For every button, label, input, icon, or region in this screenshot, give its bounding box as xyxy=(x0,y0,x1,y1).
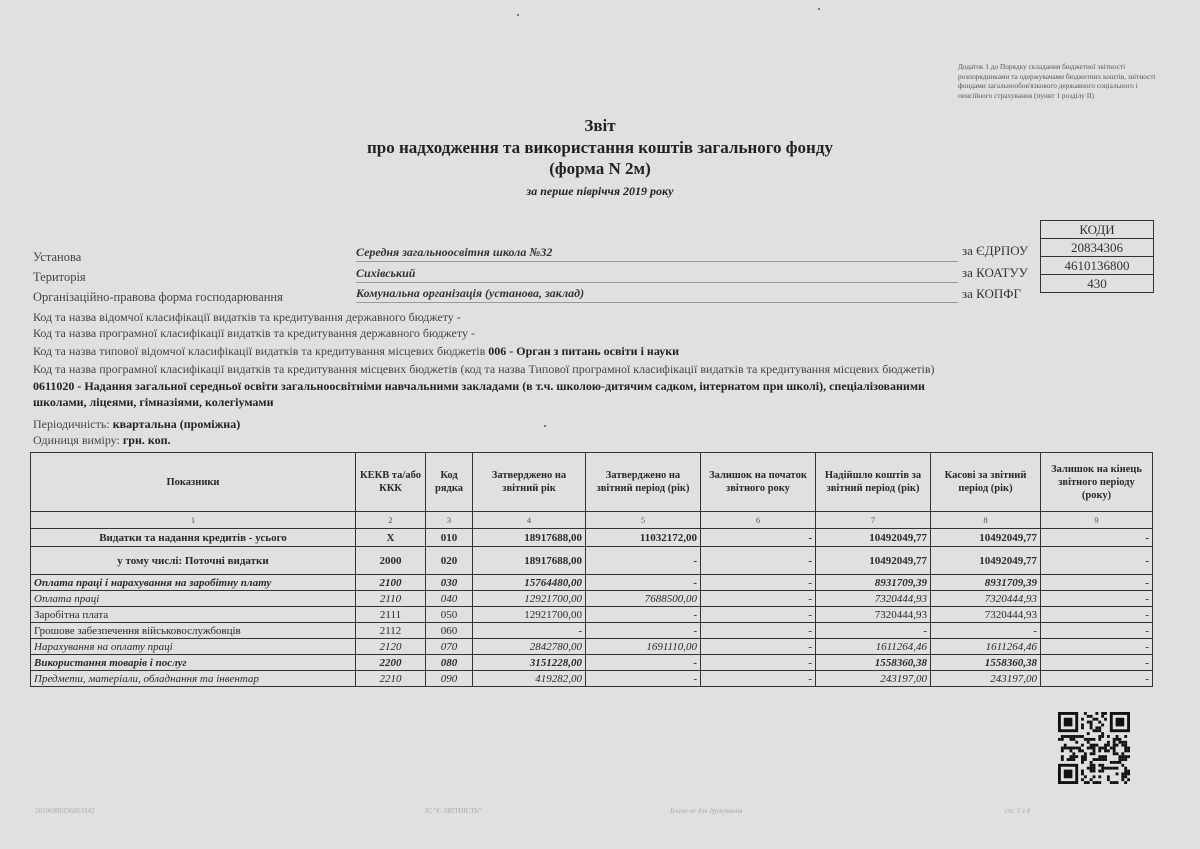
row-code: 040 xyxy=(426,591,473,607)
row-value: - xyxy=(701,623,816,639)
code-edrpou: 20834306 xyxy=(1041,239,1154,257)
row-kekv: 2111 xyxy=(356,607,426,623)
row-value: 10492049,77 xyxy=(816,529,931,547)
row-value: 7320444,93 xyxy=(816,607,931,623)
column-index: 1 xyxy=(31,512,356,529)
field-value-territory: Сихівський xyxy=(356,266,958,283)
footer-note: Бланк не для друкування xyxy=(670,807,742,815)
report-subtitle: про надходження та використання коштів з… xyxy=(0,138,1200,158)
scan-speck xyxy=(544,425,546,427)
row-value: 7320444,93 xyxy=(816,591,931,607)
scan-speck xyxy=(818,8,820,10)
code-koatuu: 4610136800 xyxy=(1041,257,1154,275)
table-row: Видатки та надання кредитів - усьогоX010… xyxy=(31,529,1153,547)
field-label-territory: Територія xyxy=(33,270,86,285)
periodicity: Періодичність: квартальна (проміжна) xyxy=(33,417,993,432)
row-value: 7320444,93 xyxy=(931,607,1041,623)
row-value: 18917688,00 xyxy=(473,547,586,575)
row-value: 12921700,00 xyxy=(473,591,586,607)
row-value: 10492049,77 xyxy=(931,529,1041,547)
table-row: Оплата праці і нарахування на заробітну … xyxy=(31,575,1153,591)
row-code: 020 xyxy=(426,547,473,575)
row-kekv: 2000 xyxy=(356,547,426,575)
row-value: 1691110,00 xyxy=(586,639,701,655)
table-row: Предмети, матеріали, обладнання та інвен… xyxy=(31,671,1153,687)
code-label-kopfg: за КОПФГ xyxy=(962,286,1021,302)
row-value: - xyxy=(586,655,701,671)
row-code: 050 xyxy=(426,607,473,623)
row-value: - xyxy=(586,575,701,591)
column-header: Затверджено на звітний рік xyxy=(473,453,586,512)
row-value: - xyxy=(701,529,816,547)
row-value: - xyxy=(701,591,816,607)
column-header: Залишок на кінець звітного періоду (року… xyxy=(1041,453,1153,512)
column-index: 5 xyxy=(586,512,701,529)
row-code: 070 xyxy=(426,639,473,655)
row-kekv: 2112 xyxy=(356,623,426,639)
table-header-row: ПоказникиКЕКВ та/або ККККод рядкаЗатверд… xyxy=(31,453,1153,512)
row-value: - xyxy=(1041,575,1153,591)
row-value: - xyxy=(701,655,816,671)
report-title: Звіт xyxy=(0,116,1200,136)
row-value: - xyxy=(1041,671,1153,687)
column-header: Касові за звітний період (рік) xyxy=(931,453,1041,512)
report-period: за перше півріччя 2019 року xyxy=(0,184,1200,199)
row-value: 8931709,39 xyxy=(931,575,1041,591)
row-value: 1611264,46 xyxy=(816,639,931,655)
table-index-row: 123456789 xyxy=(31,512,1153,529)
class-program-state: Код та назва програмної класифікації вид… xyxy=(33,326,993,341)
row-value: 243197,00 xyxy=(816,671,931,687)
row-kekv: 2200 xyxy=(356,655,426,671)
class-departmental-local-label: Код та назва типової відомчої класифікац… xyxy=(33,344,488,358)
periodicity-value: квартальна (проміжна) xyxy=(113,417,241,431)
row-value: 18917688,00 xyxy=(473,529,586,547)
field-label-institution: Установа xyxy=(33,250,81,265)
row-value: - xyxy=(1041,591,1153,607)
table-row: Оплата праці211004012921700,007688500,00… xyxy=(31,591,1153,607)
code-label-koatuu: за КОАТУУ xyxy=(962,265,1028,281)
row-value: 1611264,46 xyxy=(931,639,1041,655)
row-code: 010 xyxy=(426,529,473,547)
row-value: 1558360,38 xyxy=(931,655,1041,671)
column-index: 6 xyxy=(701,512,816,529)
footer-doc-id: 26106990196853342 xyxy=(35,807,95,815)
row-kekv: 2110 xyxy=(356,591,426,607)
row-value: - xyxy=(816,623,931,639)
row-kekv: 2120 xyxy=(356,639,426,655)
footer-page: ст. 1 з 4 xyxy=(1005,807,1030,815)
row-value: - xyxy=(1041,607,1153,623)
class-departmental-state: Код та назва відомчої класифікації видат… xyxy=(33,310,993,325)
unit-value: грн. коп. xyxy=(123,433,171,447)
codes-table: КОДИ 20834306 4610136800 430 xyxy=(1040,220,1154,293)
table-row: Грошове забезпечення військовослужбовців… xyxy=(31,623,1153,639)
row-value: 7688500,00 xyxy=(586,591,701,607)
scan-speck xyxy=(517,14,519,16)
code-kopfg: 430 xyxy=(1041,275,1154,293)
row-value: 7320444,93 xyxy=(931,591,1041,607)
row-value: - xyxy=(701,575,816,591)
table-row: Використання товарів і послуг22000803151… xyxy=(31,655,1153,671)
column-index: 9 xyxy=(1041,512,1153,529)
code-label-edrpou: за ЄДРПОУ xyxy=(962,243,1028,259)
row-value: - xyxy=(473,623,586,639)
row-indicator: Предмети, матеріали, обладнання та інвен… xyxy=(31,671,356,687)
annex-note: Додаток 1 до Порядку складання бюджетної… xyxy=(958,62,1158,100)
row-value: 2842780,00 xyxy=(473,639,586,655)
row-value: - xyxy=(701,547,816,575)
column-index: 8 xyxy=(931,512,1041,529)
row-kekv: 2100 xyxy=(356,575,426,591)
row-value: - xyxy=(1041,639,1153,655)
row-indicator: Оплата праці і нарахування на заробітну … xyxy=(31,575,356,591)
class-program-local: Код та назва програмної класифікації вид… xyxy=(33,361,968,411)
column-index: 2 xyxy=(356,512,426,529)
row-indicator: Грошове забезпечення військовослужбовців xyxy=(31,623,356,639)
row-value: - xyxy=(1041,623,1153,639)
row-code: 030 xyxy=(426,575,473,591)
row-value: 10492049,77 xyxy=(931,547,1041,575)
row-value: 8931709,39 xyxy=(816,575,931,591)
row-value: - xyxy=(1041,529,1153,547)
column-index: 7 xyxy=(816,512,931,529)
row-indicator: Нарахування на оплату праці xyxy=(31,639,356,655)
row-indicator: Видатки та надання кредитів - усього xyxy=(31,529,356,547)
row-value: 243197,00 xyxy=(931,671,1041,687)
field-value-legal-form: Комунальна організація (установа, заклад… xyxy=(356,286,958,303)
column-index: 3 xyxy=(426,512,473,529)
table-row: Нарахування на оплату праці2120070284278… xyxy=(31,639,1153,655)
table-row: Заробітна плата211105012921700,00--73204… xyxy=(31,607,1153,623)
table-body: Видатки та надання кредитів - усьогоX010… xyxy=(31,529,1153,687)
row-indicator: у тому числі: Поточні видатки xyxy=(31,547,356,575)
row-code: 060 xyxy=(426,623,473,639)
footer-system: ІС "Є-ЗВІТНІСТЬ" xyxy=(425,807,482,815)
column-header: Показники xyxy=(31,453,356,512)
row-value: - xyxy=(701,607,816,623)
row-value: 10492049,77 xyxy=(816,547,931,575)
unit-label: Одиниця виміру: xyxy=(33,433,123,447)
row-code: 090 xyxy=(426,671,473,687)
row-indicator: Використання товарів і послуг xyxy=(31,655,356,671)
row-value: - xyxy=(1041,655,1153,671)
field-label-legal-form: Організаційно-правова форма господарюван… xyxy=(33,290,283,305)
column-index: 4 xyxy=(473,512,586,529)
row-value: - xyxy=(586,623,701,639)
row-indicator: Заробітна плата xyxy=(31,607,356,623)
row-value: - xyxy=(701,671,816,687)
column-header: Залишок на початок звітного року xyxy=(701,453,816,512)
class-program-local-label: Код та назва програмної класифікації вид… xyxy=(33,362,935,376)
row-code: 080 xyxy=(426,655,473,671)
row-value: 3151228,00 xyxy=(473,655,586,671)
row-value: - xyxy=(931,623,1041,639)
qr-code-icon xyxy=(1058,712,1130,784)
periodicity-label: Періодичність: xyxy=(33,417,113,431)
row-value: 15764480,00 xyxy=(473,575,586,591)
column-header: КЕКВ та/або ККК xyxy=(356,453,426,512)
report-table: ПоказникиКЕКВ та/або ККККод рядкаЗатверд… xyxy=(30,452,1153,687)
row-kekv: 2210 xyxy=(356,671,426,687)
field-value-institution: Середня загальноосвітня школа №32 xyxy=(356,245,958,262)
class-departmental-local: Код та назва типової відомчої класифікац… xyxy=(33,344,993,359)
column-header: Код рядка xyxy=(426,453,473,512)
row-value: 12921700,00 xyxy=(473,607,586,623)
row-value: 419282,00 xyxy=(473,671,586,687)
form-number: (форма N 2м) xyxy=(0,159,1200,179)
table-row: у тому числі: Поточні видатки20000201891… xyxy=(31,547,1153,575)
row-value: - xyxy=(701,639,816,655)
class-program-local-value: 0611020 - Надання загальної середньої ос… xyxy=(33,379,925,410)
row-value: - xyxy=(586,671,701,687)
row-indicator: Оплата праці xyxy=(31,591,356,607)
row-kekv: X xyxy=(356,529,426,547)
row-value: - xyxy=(586,547,701,575)
unit: Одиниця виміру: грн. коп. xyxy=(33,433,993,448)
row-value: - xyxy=(1041,547,1153,575)
column-header: Затверджено на звітний період (рік) xyxy=(586,453,701,512)
row-value: 1558360,38 xyxy=(816,655,931,671)
row-value: - xyxy=(586,607,701,623)
class-departmental-local-value: 006 - Орган з питань освіти і науки xyxy=(488,344,679,358)
row-value: 11032172,00 xyxy=(586,529,701,547)
codes-header: КОДИ xyxy=(1041,221,1154,239)
column-header: Надійшло коштів за звітний період (рік) xyxy=(816,453,931,512)
